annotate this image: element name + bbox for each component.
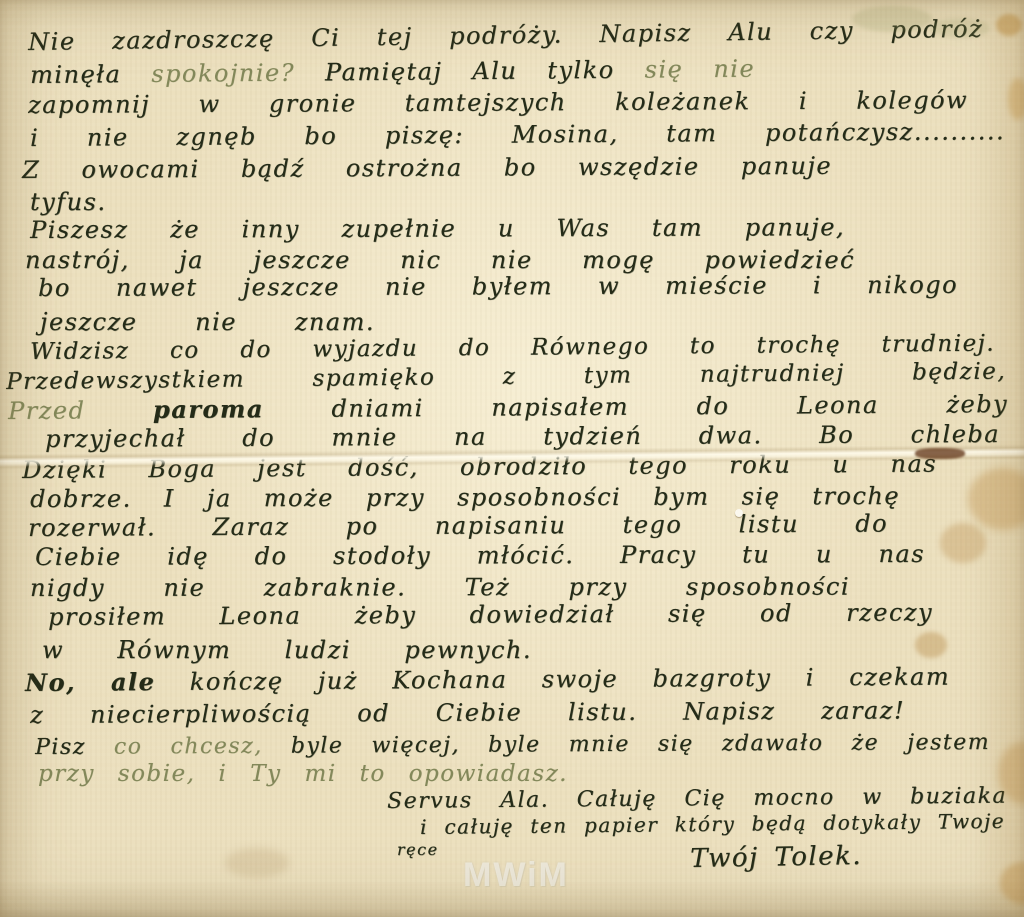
letter-line: Servus Ala. Całuję Cię mocno w buziaka: [387, 785, 1007, 814]
letter-line: nastrój, ja jeszcze nic nie mogę powiedz…: [25, 248, 855, 273]
letter-line: Piszesz że inny zupełnie u Was tam panuj…: [30, 215, 845, 243]
signature: Twój Tolek.: [690, 843, 862, 873]
stain: [1000, 862, 1024, 904]
paper-hole: [735, 509, 743, 517]
letter-line: bo nawet jeszcze nie byłem w mieście i n…: [38, 273, 958, 301]
letter-line: nigdy nie zabraknie. Też przy sposobnośc…: [30, 575, 850, 602]
letter-line: Z owocami bądź ostrożna bo wszędzie panu…: [22, 154, 832, 183]
letter-line: ręce: [397, 842, 439, 859]
letter-line: tyfus.: [30, 190, 107, 215]
watermark: MWiM: [463, 856, 569, 895]
stain: [968, 468, 1024, 530]
letter-line: jeszcze nie znam.: [40, 310, 375, 335]
letter-line: z niecierpliwością od Ciebie listu. Napi…: [30, 698, 905, 728]
letter-line: przy sobie, i Ty mi to opowiadasz.: [38, 762, 568, 786]
letter-line: No, ale kończę już Kochana swoje bazgrot…: [25, 664, 950, 697]
letter-line: Dzięki Boga jest dość, obrodziło tego ro…: [22, 452, 937, 484]
stain: [915, 632, 947, 658]
letter-line: prosiłem Leona żeby dowiedział się od rz…: [48, 600, 933, 630]
letter-line: Przed paroma dniami napisałem do Leona ż…: [8, 391, 1008, 424]
stain: [940, 523, 986, 563]
stain: [225, 848, 289, 878]
letter-line: Nie zazdroszczę Ci tej podróży. Napisz A…: [28, 17, 983, 56]
stain: [996, 14, 1022, 36]
letter-line: Pisz co chcesz, byle więcej, byle mnie s…: [35, 731, 990, 759]
letter-line: w Równym ludzi pewnych.: [42, 638, 532, 663]
letter-page: Nie zazdroszczę Ci tej podróży. Napisz A…: [0, 0, 1024, 917]
stain: [1008, 78, 1024, 120]
letter-line: i nie zgnęb bo piszę: Mosina, tam potańc…: [30, 119, 1005, 151]
letter-line: Przedewszystkiem spamięko z tym najtrudn…: [6, 360, 1006, 395]
letter-line: rozerwał. Zaraz po napisaniu tego listu …: [28, 511, 888, 541]
letter-line: i całuję ten papier który będą dotykały …: [420, 811, 1005, 838]
letter-line: przyjechał do mnie na tydzień dwa. Bo ch…: [45, 422, 1000, 452]
letter-line: minęła spokojnie? Pamiętaj Alu tylko się…: [30, 57, 755, 89]
letter-line: zapomnij w gronie tamtejszych koleżanek …: [28, 88, 968, 118]
letter-line: dobrze. I ja może przy sposobności bym s…: [30, 484, 900, 512]
letter-line: Ciebie idę do stodoły młócić. Pracy tu u…: [35, 542, 925, 570]
